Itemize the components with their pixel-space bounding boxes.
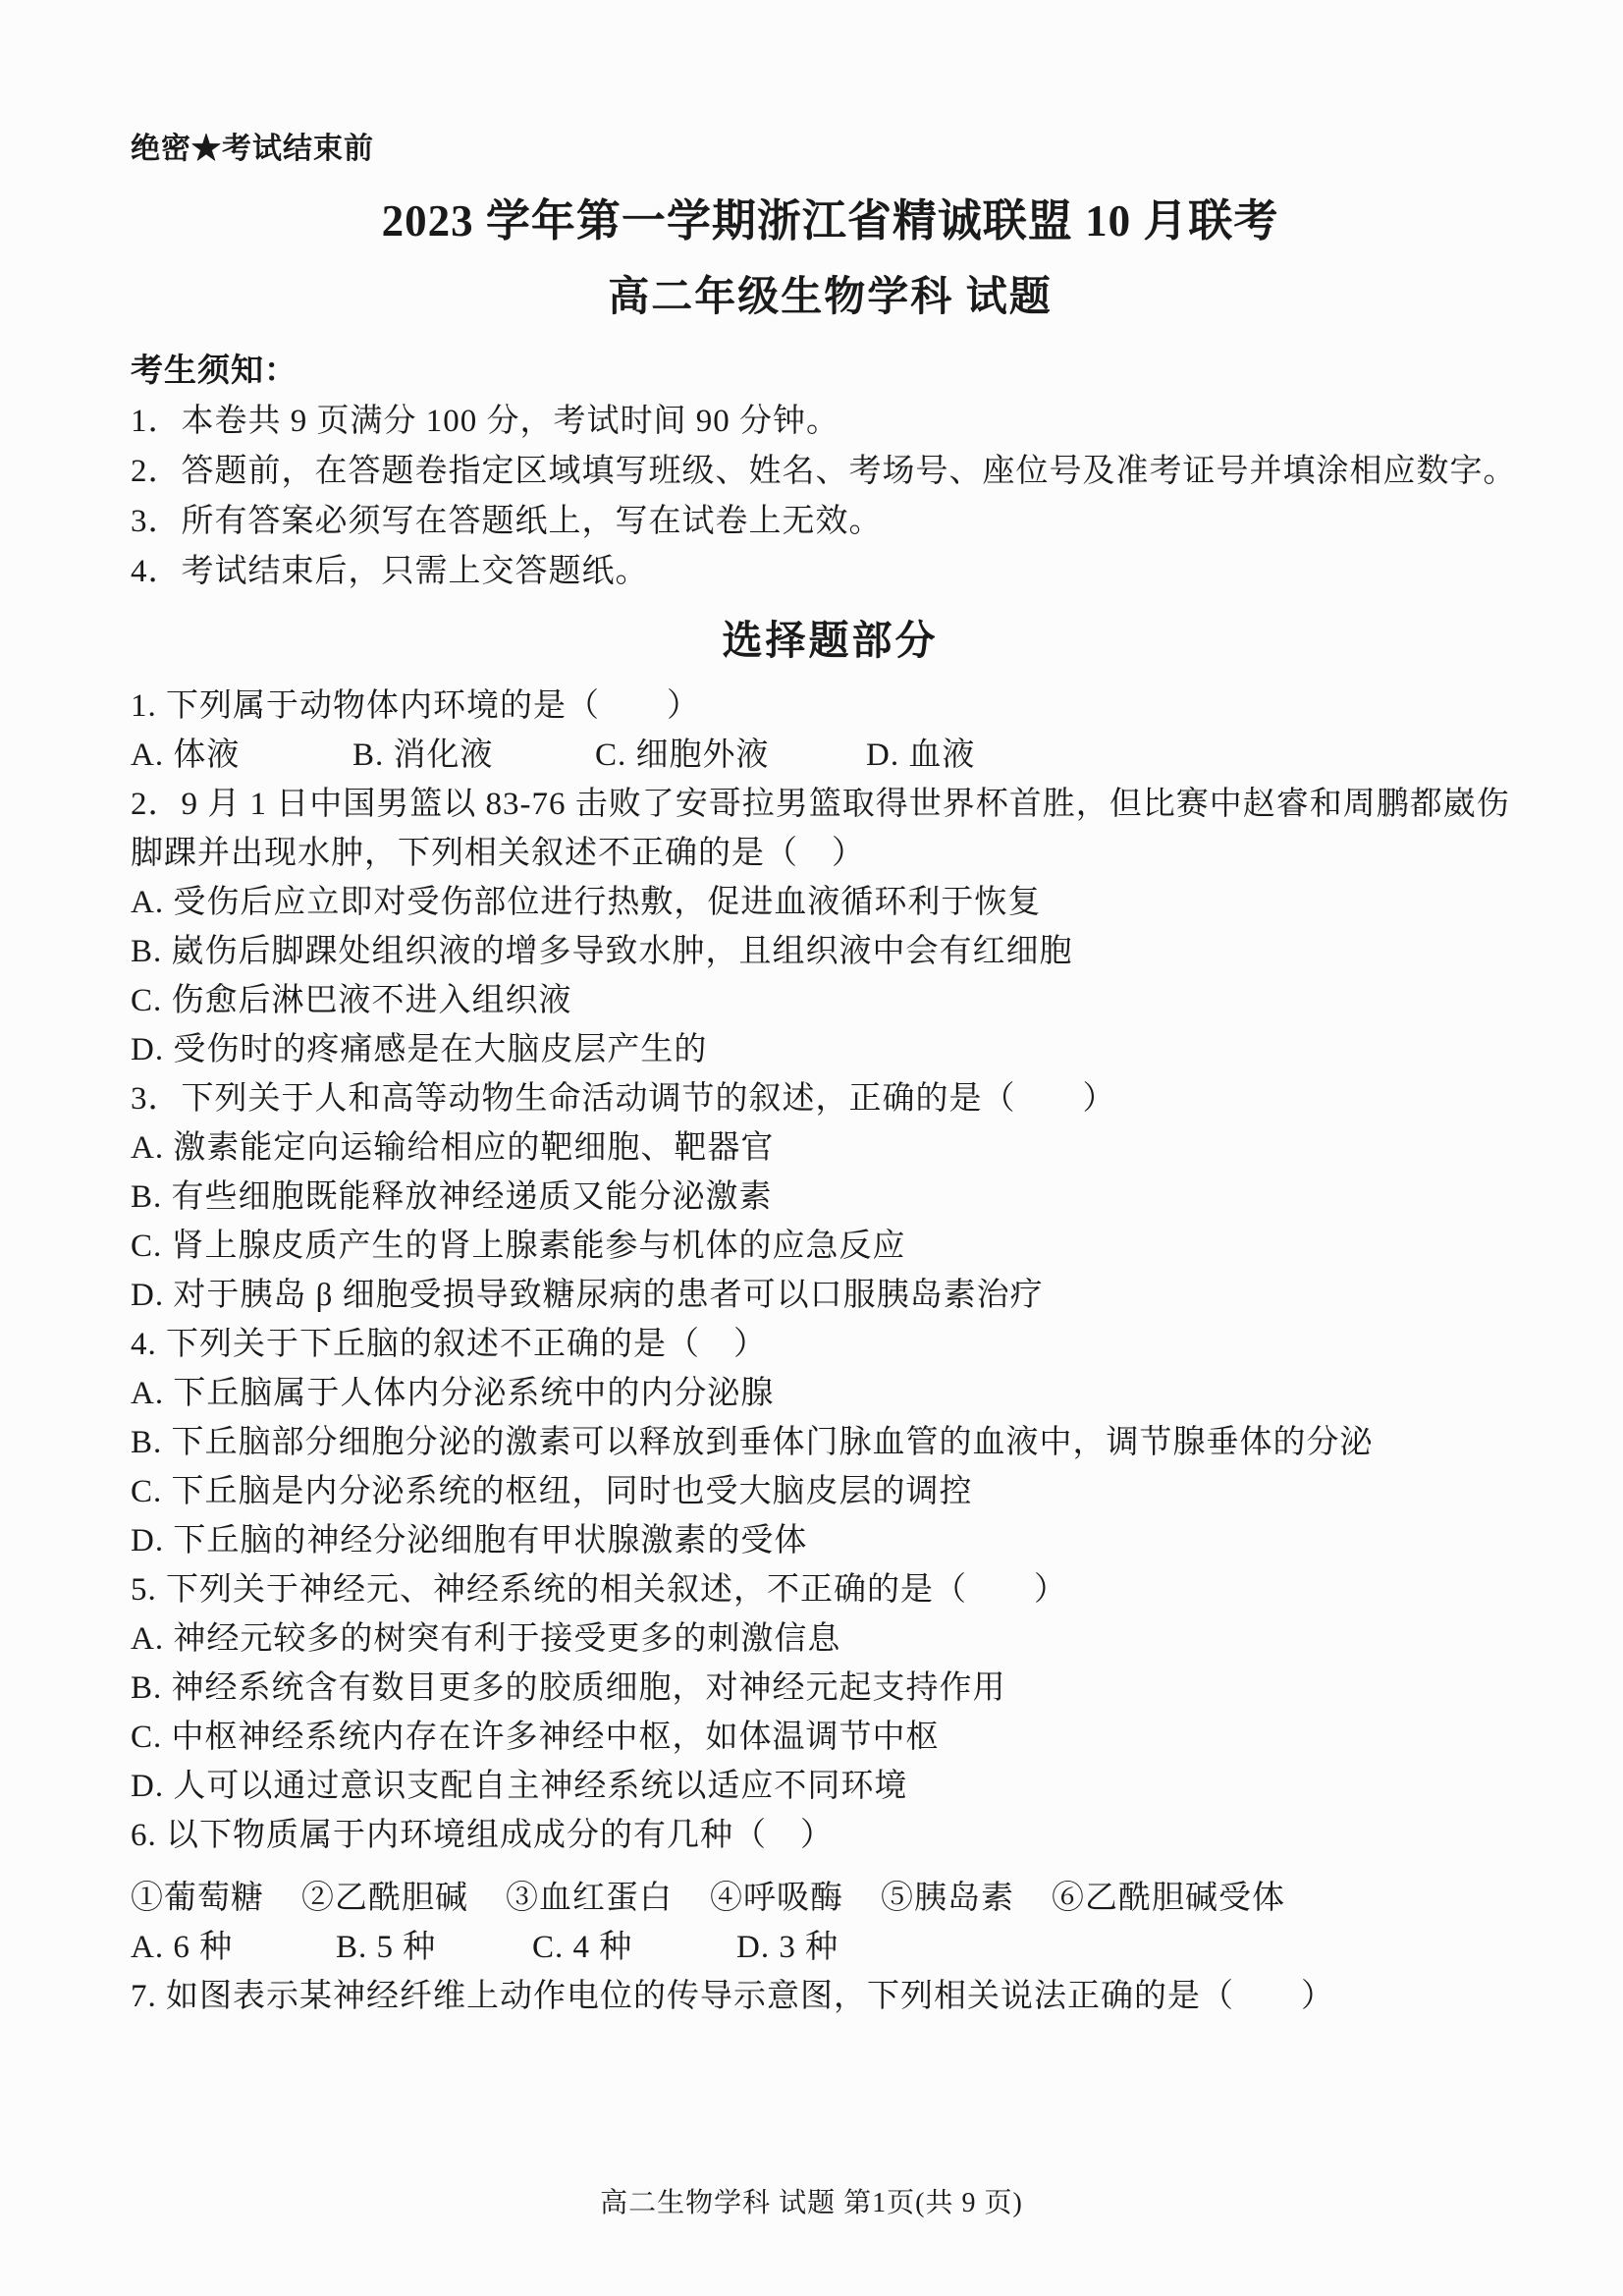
question-6-option-b: B. 5 种 bbox=[336, 1923, 532, 1972]
question-1-option-a: A. 体液 bbox=[131, 731, 352, 780]
question-6-item-5: ⑤胰岛素 bbox=[881, 1874, 1014, 1923]
question-3-option-a: A. 激素能定向运输给相应的靶细胞、靶器官 bbox=[131, 1123, 1530, 1173]
question-6-item-4: ④呼吸酶 bbox=[710, 1874, 843, 1923]
notice-item-2: 2．答题前，在答题卷指定区域填写班级、姓名、考场号、座位号及准考证号并填涂相应数… bbox=[131, 447, 1530, 497]
question-6-stem: 6. 以下物质属于内环境组成成分的有几种（ ） bbox=[131, 1811, 1530, 1860]
notice-list: 1．本卷共 9 页满分 100 分，考试时间 90 分钟。 2．答题前，在答题卷… bbox=[131, 397, 1530, 597]
question-3-option-d: D. 对于胰岛 β 细胞受损导致糖尿病的患者可以口服胰岛素治疗 bbox=[131, 1271, 1530, 1320]
question-1-option-b: B. 消化液 bbox=[352, 731, 595, 780]
question-5-option-a: A. 神经元较多的树突有利于接受更多的刺激信息 bbox=[131, 1614, 1530, 1664]
question-6-item-2: ②乙酰胆碱 bbox=[301, 1874, 468, 1923]
notice-heading: 考生须知： bbox=[131, 354, 1530, 389]
question-6-numbered-items: ①葡萄糖②乙酰胆碱③血红蛋白④呼吸酶⑤胰岛素⑥乙酰胆碱受体 bbox=[131, 1874, 1530, 1923]
question-1-options: A. 体液B. 消化液C. 细胞外液D. 血液 bbox=[131, 731, 1530, 780]
question-6-option-c: C. 4 种 bbox=[532, 1923, 736, 1972]
question-2-stem-line-1: 2．9 月 1 日中国男篮以 83-76 击败了安哥拉男篮取得世界杯首胜，但比赛… bbox=[131, 780, 1530, 829]
exam-subtitle: 高二年级生物学科 试题 bbox=[131, 277, 1530, 318]
question-4-option-d: D. 下丘脑的神经分泌细胞有甲状腺激素的受体 bbox=[131, 1516, 1530, 1565]
question-2-option-a: A. 受伤后应立即对受伤部位进行热敷，促进血液循环利于恢复 bbox=[131, 878, 1530, 927]
exam-paper-page: 绝密★考试结束前 2023 学年第一学期浙江省精诚联盟 10 月联考 高二年级生… bbox=[0, 0, 1623, 2296]
question-6-item-1: ①葡萄糖 bbox=[131, 1874, 264, 1923]
question-1-option-d: D. 血液 bbox=[866, 731, 975, 780]
question-2-stem-line-2: 脚踝并出现水肿，下列相关叙述不正确的是（ ） bbox=[131, 829, 1530, 878]
notice-item-1: 1．本卷共 9 页满分 100 分，考试时间 90 分钟。 bbox=[131, 397, 1530, 447]
question-5-stem: 5. 下列关于神经元、神经系统的相关叙述，不正确的是（ ） bbox=[131, 1565, 1530, 1614]
question-5-option-d: D. 人可以通过意识支配自主神经系统以适应不同环境 bbox=[131, 1762, 1530, 1811]
question-1-stem: 1. 下列属于动物体内环境的是（ ） bbox=[131, 682, 1530, 731]
question-6-item-3: ③血红蛋白 bbox=[506, 1874, 673, 1923]
question-1-option-c: C. 细胞外液 bbox=[595, 731, 866, 780]
question-6-options: A. 6 种B. 5 种C. 4 种D. 3 种 bbox=[131, 1923, 1530, 1972]
question-4-stem: 4. 下列关于下丘脑的叙述不正确的是（ ） bbox=[131, 1320, 1530, 1369]
notice-item-3: 3．所有答案必须写在答题纸上，写在试卷上无效。 bbox=[131, 497, 1530, 547]
question-6-option-a: A. 6 种 bbox=[131, 1923, 336, 1972]
question-3-stem: 3．下列关于人和高等动物生命活动调节的叙述，正确的是（ ） bbox=[131, 1074, 1530, 1123]
question-5-option-c: C. 中枢神经系统内存在许多神经中枢，如体温调节中枢 bbox=[131, 1713, 1530, 1762]
question-3-option-b: B. 有些细胞既能释放神经递质又能分泌激素 bbox=[131, 1173, 1530, 1222]
question-4-option-b: B. 下丘脑部分细胞分泌的激素可以释放到垂体门脉血管的血液中，调节腺垂体的分泌 bbox=[131, 1418, 1530, 1467]
questions-block: 1. 下列属于动物体内环境的是（ ） A. 体液B. 消化液C. 细胞外液D. … bbox=[131, 682, 1530, 2021]
question-4-option-a: A. 下丘脑属于人体内分泌系统中的内分泌腺 bbox=[131, 1369, 1530, 1418]
classification-marking: 绝密★考试结束前 bbox=[131, 133, 1530, 166]
page-content: 绝密★考试结束前 2023 学年第一学期浙江省精诚联盟 10 月联考 高二年级生… bbox=[0, 0, 1623, 2021]
exam-title: 2023 学年第一学期浙江省精诚联盟 10 月联考 bbox=[131, 198, 1530, 245]
notice-item-4: 4．考试结束后，只需上交答题纸。 bbox=[131, 547, 1530, 597]
question-2-option-c: C. 伤愈后淋巴液不进入组织液 bbox=[131, 976, 1530, 1025]
question-2-option-d: D. 受伤时的疼痛感是在大脑皮层产生的 bbox=[131, 1025, 1530, 1074]
question-6-option-d: D. 3 种 bbox=[736, 1923, 839, 1972]
question-7-stem: 7. 如图表示某神经纤维上动作电位的传导示意图，下列相关说法正确的是（ ） bbox=[131, 1972, 1530, 2021]
question-4-option-c: C. 下丘脑是内分泌系统的枢纽，同时也受大脑皮层的调控 bbox=[131, 1467, 1530, 1516]
question-3-option-c: C. 肾上腺皮质产生的肾上腺素能参与机体的应急反应 bbox=[131, 1222, 1530, 1271]
question-2-option-b: B. 崴伤后脚踝处组织液的增多导致水肿，且组织液中会有红细胞 bbox=[131, 927, 1530, 976]
question-6-item-6: ⑥乙酰胆碱受体 bbox=[1052, 1874, 1285, 1923]
section-heading-multiple-choice: 选择题部分 bbox=[131, 619, 1530, 662]
page-footer: 高二生物学科 试题 第1页(共 9 页) bbox=[0, 2188, 1623, 2219]
question-5-option-b: B. 神经系统含有数目更多的胶质细胞，对神经元起支持作用 bbox=[131, 1664, 1530, 1713]
